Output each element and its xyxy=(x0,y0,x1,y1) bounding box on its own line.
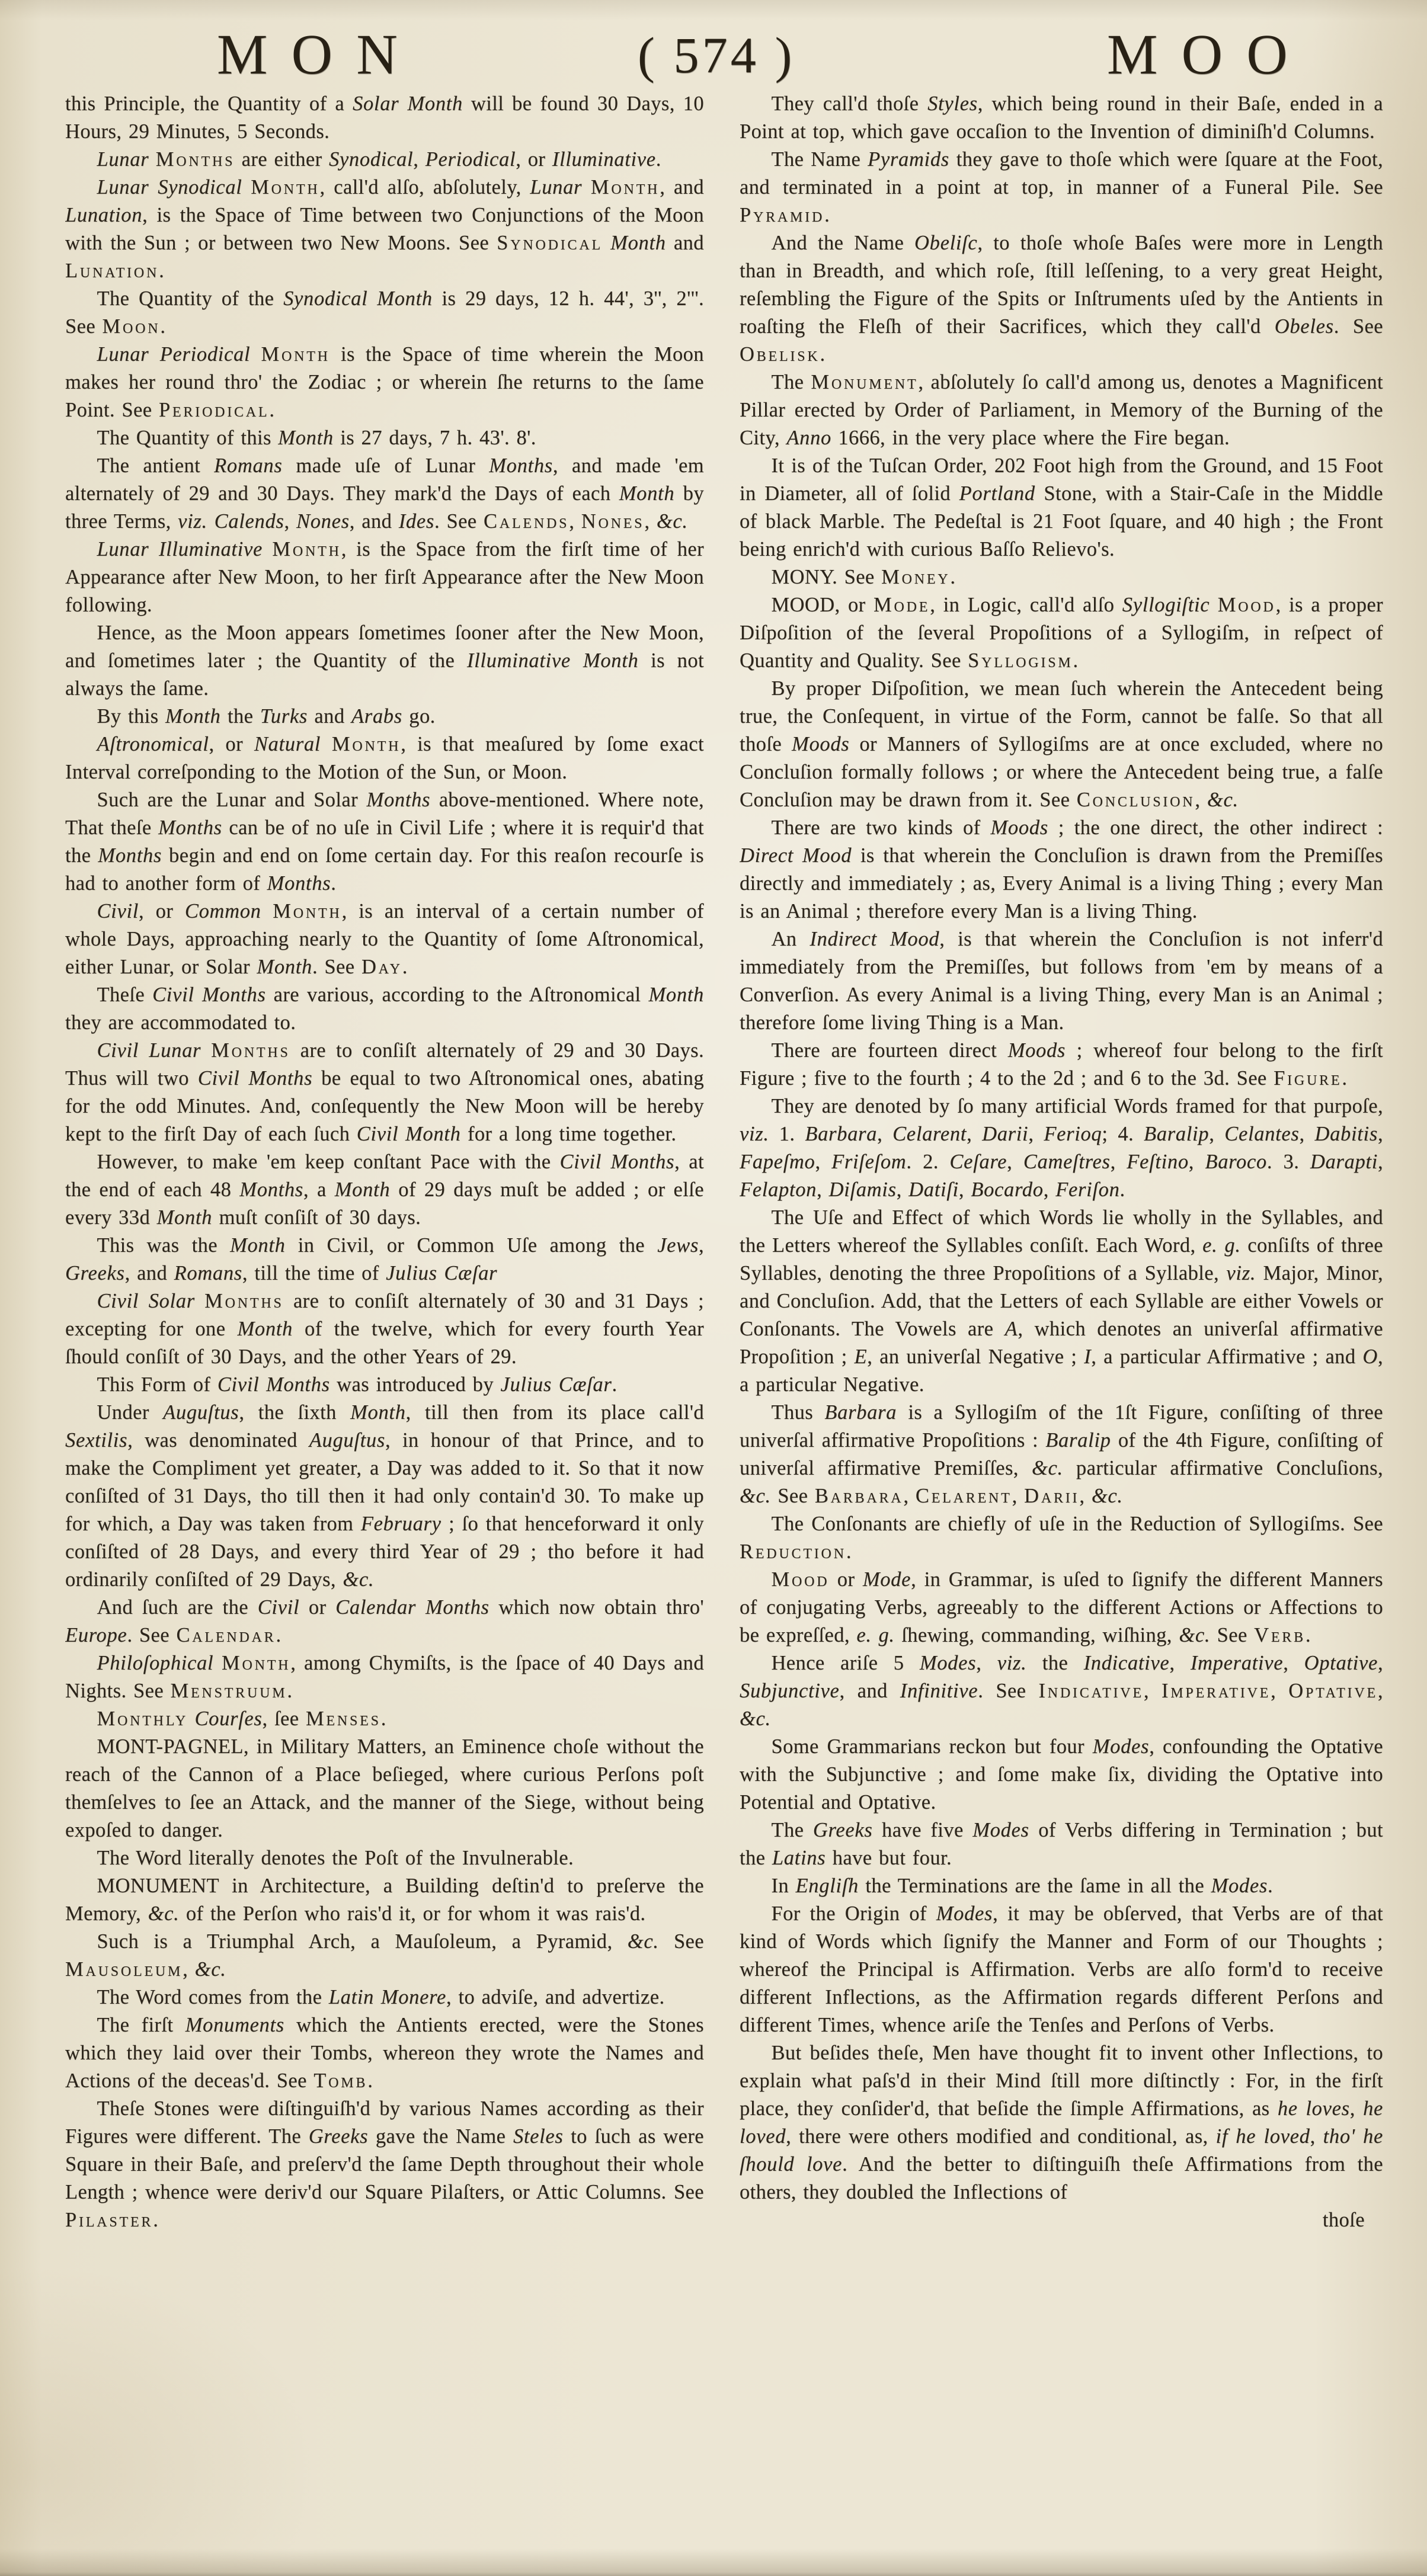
paragraph: By this Month the Turks and Arabs go. xyxy=(65,703,704,730)
paragraph: Civil Lunar Months are to conſiſt altern… xyxy=(65,1037,704,1148)
paragraph: Aſtronomical, or Natural Month, is that … xyxy=(65,730,704,786)
paragraph: Hence, as the Moon appears ſometimes ſoo… xyxy=(65,619,704,703)
paragraph: And ſuch are the Civil or Calendar Month… xyxy=(65,1594,704,1649)
paragraph: The Word literally denotes the Poſt of t… xyxy=(65,1844,704,1872)
paragraph: Under Auguſtus, the ſixth Month, till th… xyxy=(65,1399,704,1594)
paragraph: Such is a Triumphal Arch, a Mauſoleum, a… xyxy=(65,1928,704,1984)
paragraph: And the Name Obeliſc, to thoſe whoſe Baſ… xyxy=(740,229,1383,369)
book-page: MON ( 574 ) MOO this Principle, the Quan… xyxy=(0,0,1427,2576)
paragraph: Lunar Synodical Month, call'd alſo, abſo… xyxy=(65,174,704,285)
paragraph: This Form of Civil Months was introduced… xyxy=(65,1371,704,1399)
paragraph: Lunar Periodical Month is the Space of t… xyxy=(65,341,704,424)
paragraph: Civil Solar Months are to conſiſt altern… xyxy=(65,1287,704,1371)
paragraph: Thus Barbara is a Syllogiſm of the 1ſt F… xyxy=(740,1399,1383,1510)
paragraph: There are fourteen direct Moods ; whereo… xyxy=(740,1037,1383,1092)
paragraph: For the Origin of Modes, it may be obſer… xyxy=(740,1900,1383,2039)
paragraph: This was the Month in Civil, or Common U… xyxy=(65,1232,704,1287)
paragraph: The Greeks have five Modes of Verbs diff… xyxy=(740,1816,1383,1872)
paragraph: They call'd thoſe Styles, which being ro… xyxy=(740,90,1383,146)
paragraph: Philoſophical Month, among Chymiſts, is … xyxy=(65,1649,704,1705)
paragraph: The Word comes from the Latin Monere, to… xyxy=(65,1984,704,2011)
paragraph: But beſides theſe, Men have thought fit … xyxy=(740,2039,1383,2206)
paragraph: MONT-PAGNEL, in Military Matters, an Emi… xyxy=(65,1733,704,1844)
paragraph: Monthly Courſes, ſee Menses. xyxy=(65,1705,704,1733)
paragraph: Hence ariſe 5 Modes, viz. the Indicative… xyxy=(740,1649,1383,1733)
paragraph: The Monument, abſolutely ſo call'd among… xyxy=(740,369,1383,452)
paragraph: MOOD, or Mode, in Logic, call'd alſo Syl… xyxy=(740,591,1383,675)
paragraph: There are two kinds of Moods ; the one d… xyxy=(740,814,1383,925)
paragraph: Lunar Illuminative Month, is the Space f… xyxy=(65,536,704,619)
paragraph: It is of the Tuſcan Order, 202 Foot high… xyxy=(740,452,1383,563)
catchword: thoſe xyxy=(740,2206,1383,2234)
page-number: ( 574 ) xyxy=(638,30,795,81)
paragraph: MONY. See Money. xyxy=(740,563,1383,591)
running-title-right: MOO xyxy=(1107,26,1311,83)
paragraph: Some Grammarians reckon but four Modes, … xyxy=(740,1733,1383,1816)
paragraph: Lunar Months are either Synodical, Perio… xyxy=(65,146,704,174)
paragraph: MONUMENT in Architecture, a Building deſ… xyxy=(65,1872,704,1928)
paragraph: Mood or Mode, in Grammar, is uſed to ſig… xyxy=(740,1566,1383,1649)
paragraph: However, to make 'em keep conſtant Pace … xyxy=(65,1148,704,1232)
paragraph: In Engliſh the Terminations are the ſame… xyxy=(740,1872,1383,1900)
paragraph: Theſe Civil Months are various, accordin… xyxy=(65,981,704,1037)
paragraph: An Indirect Mood, is that wherein the Co… xyxy=(740,925,1383,1037)
paragraph: The Quantity of this Month is 27 days, 7… xyxy=(65,424,704,452)
paragraph: They are denoted by ſo many artificial W… xyxy=(740,1092,1383,1204)
paragraph: The Uſe and Effect of which Words lie wh… xyxy=(740,1204,1383,1399)
paragraph: The Name Pyramids they gave to thoſe whi… xyxy=(740,146,1383,229)
running-title-left: MON xyxy=(217,26,421,83)
paragraph: By proper Diſpoſition, we mean ſuch wher… xyxy=(740,675,1383,814)
paragraph: this Principle, the Quantity of a Solar … xyxy=(65,90,704,146)
paragraph: The Conſonants are chiefly of uſe in the… xyxy=(740,1510,1383,1566)
paragraph: Civil, or Common Month, is an interval o… xyxy=(65,898,704,981)
paragraph: The firſt Monuments which the Antients e… xyxy=(65,2011,704,2095)
paragraph: Such are the Lunar and Solar Months abov… xyxy=(65,786,704,898)
paragraph: The antient Romans made uſe of Lunar Mon… xyxy=(65,452,704,536)
paragraph: Theſe Stones were diſtinguiſh'd by vario… xyxy=(65,2095,704,2234)
paragraph: The Quantity of the Synodical Month is 2… xyxy=(65,285,704,341)
right-column: They call'd thoſe Styles, which being ro… xyxy=(740,90,1383,2549)
left-column: this Principle, the Quantity of a Solar … xyxy=(65,90,704,2549)
